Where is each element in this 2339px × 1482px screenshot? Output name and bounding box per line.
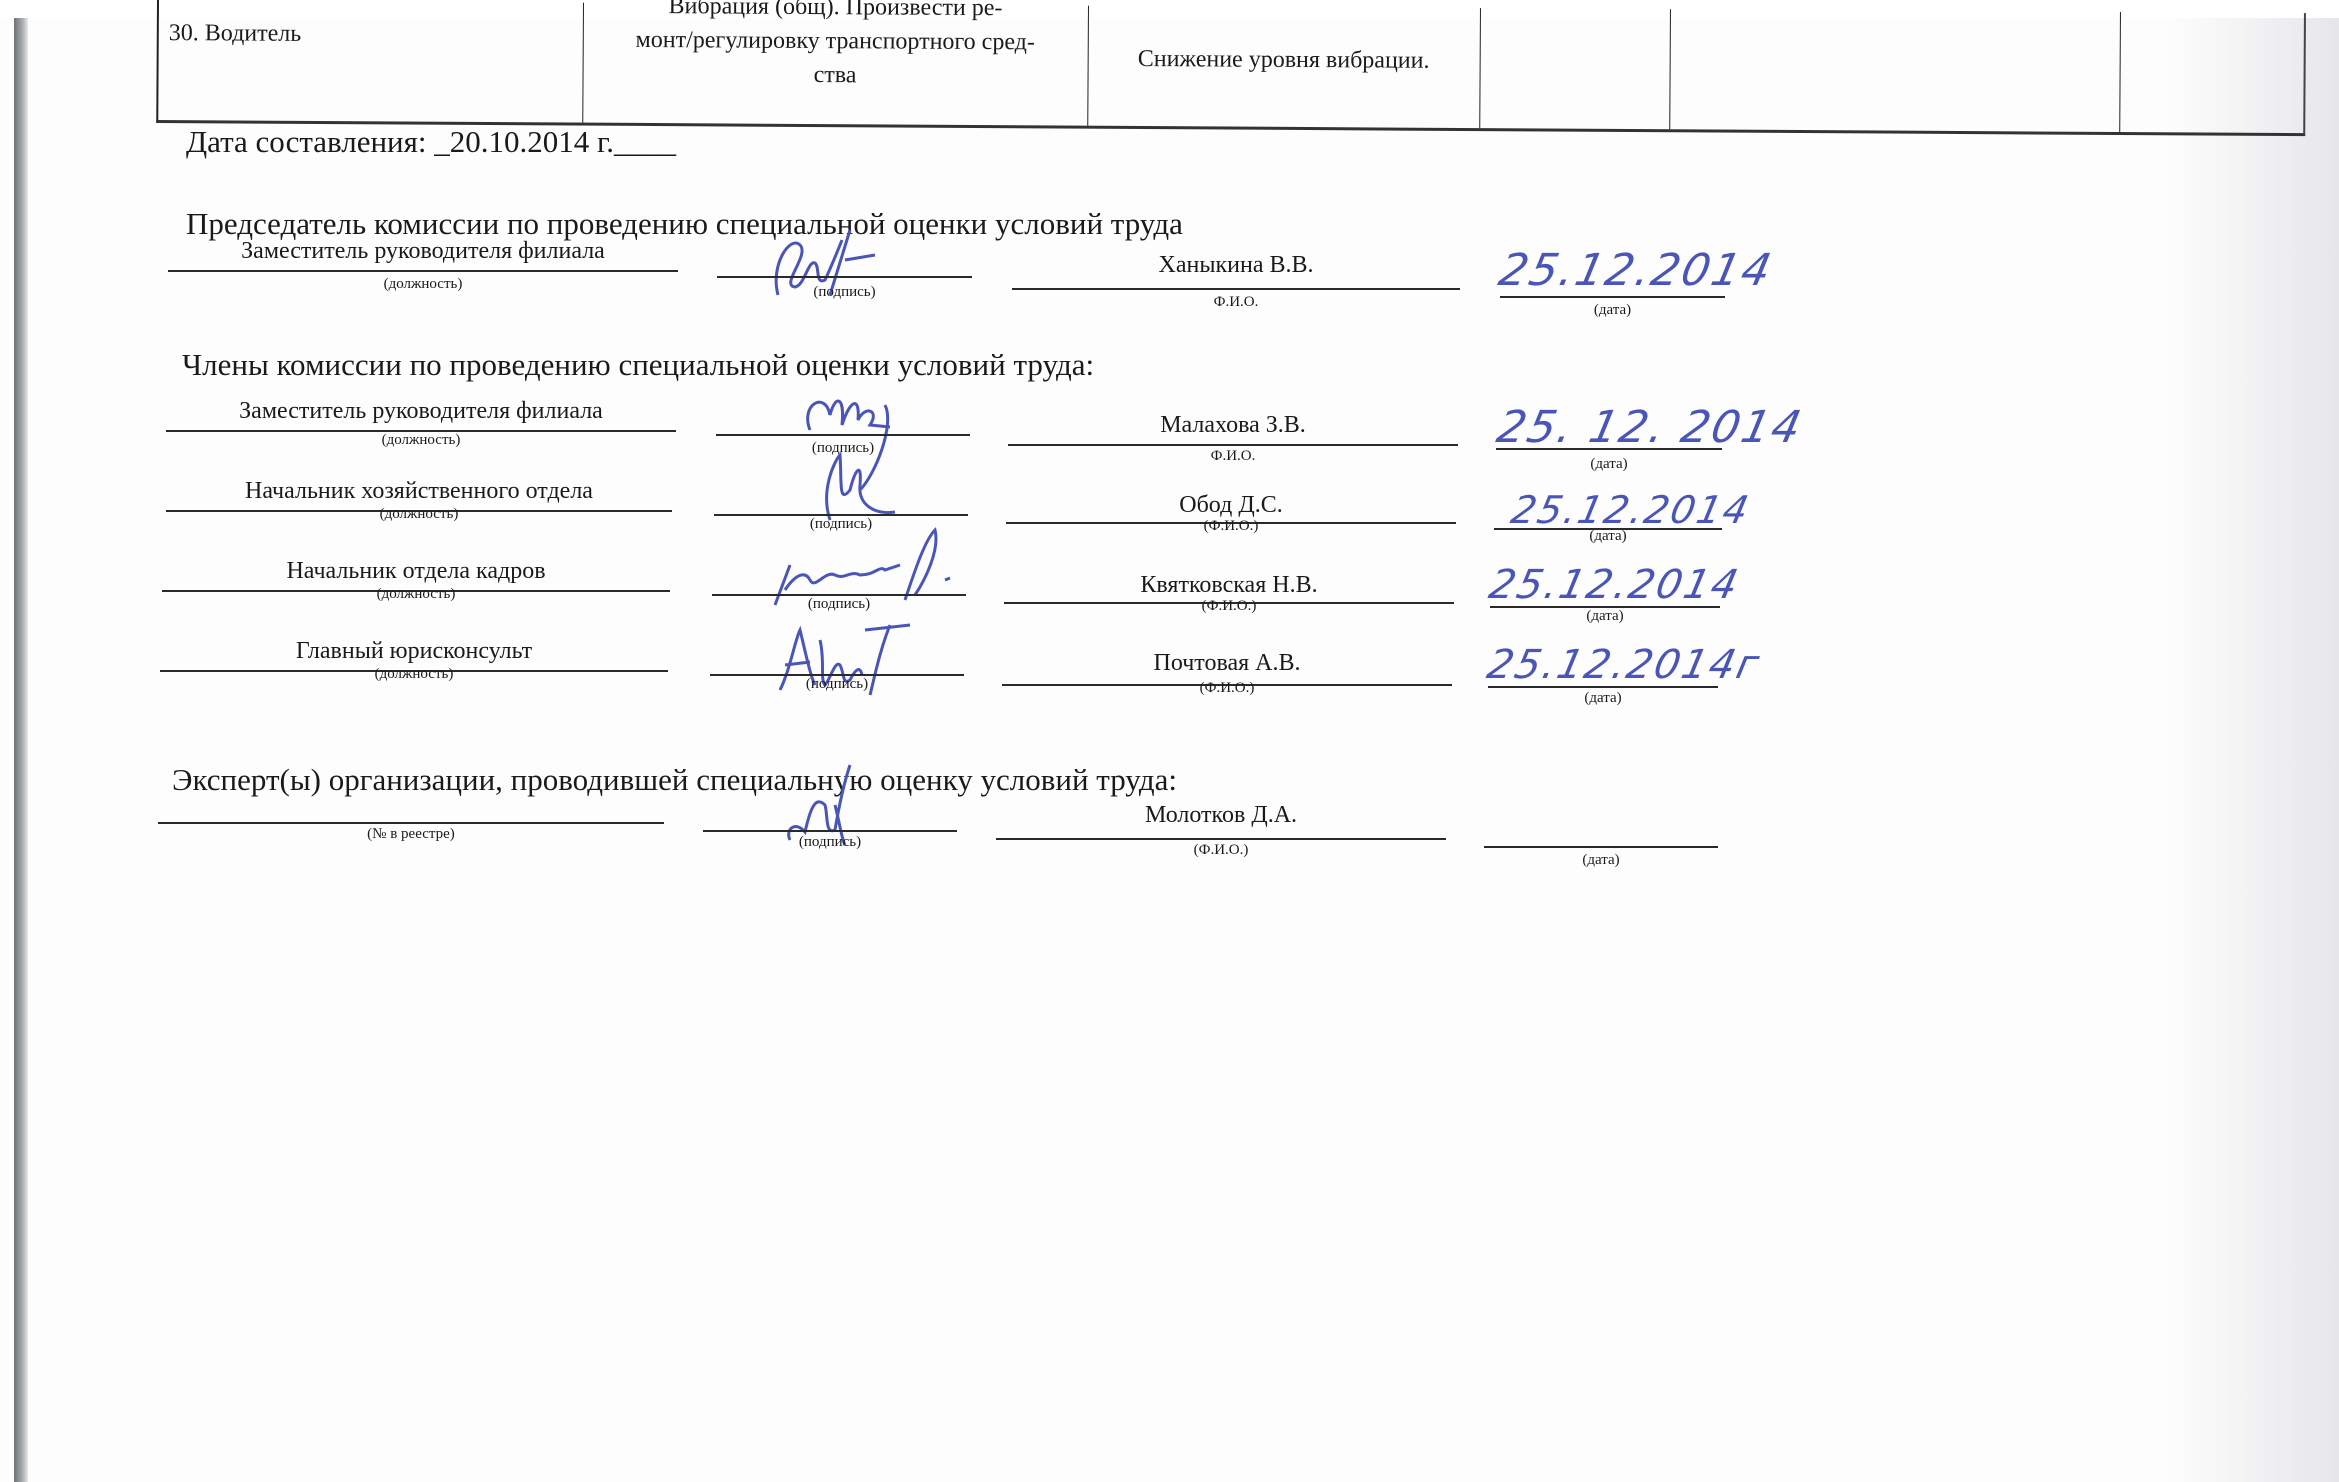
registry-line (158, 822, 664, 824)
position-caption: (должность) (166, 506, 672, 523)
table-cell-factor: Вибрация (общ). Произвести ре- монт/регу… (582, 3, 1089, 126)
scan-right-shading (2169, 18, 2339, 1482)
signature-caption: (подпись) (717, 284, 972, 301)
job-position: 30. Водитель (169, 18, 302, 49)
signature-line (716, 434, 970, 436)
date-line (1488, 686, 1718, 688)
position-caption: (должность) (168, 276, 678, 293)
table-cell-position: 30. Водитель (158, 0, 584, 123)
member-1-position: Заместитель руководителя филиала (166, 398, 676, 425)
signature-caption: (подпись) (710, 676, 964, 693)
member-3-name: Квятковская Н.В. (1004, 572, 1454, 599)
name-caption: (Ф.И.О.) (996, 842, 1446, 859)
name-caption: (Ф.И.О.) (1002, 680, 1452, 697)
goal-text: Снижение уровня вибрации. (1088, 44, 1480, 76)
chairman-name: Ханыкина В.В. (1012, 252, 1460, 279)
member-3-date-handwritten: 25.12.2014 (1485, 562, 1744, 608)
member-3-position: Начальник отдела кадров (162, 558, 670, 585)
position-caption: (должность) (166, 432, 676, 449)
name-caption: (Ф.И.О.) (1004, 598, 1454, 615)
factor-line-1: Вибрация (общ). Произвести ре- (583, 0, 1088, 24)
member-1-date-handwritten: 25. 12. 2014 (1493, 402, 1808, 453)
chairman-heading: Председатель комиссии по проведению спец… (186, 206, 1183, 242)
member-4-position: Главный юрисконсульт (160, 638, 668, 665)
compiled-date: Дата составления: _20.10.2014 г.____ (186, 124, 676, 160)
name-line (1008, 444, 1458, 446)
position-caption: (должность) (162, 586, 670, 603)
registry-caption: (№ в реестре) (158, 826, 664, 843)
chairman-date-handwritten: 25.12.2014 (1495, 245, 1778, 296)
table-cell-empty-2 (1669, 9, 2121, 132)
member-1-name: Малахова З.В. (1008, 412, 1458, 439)
assessment-table: 30. Водитель Вибрация (общ). Произвести … (156, 0, 2306, 136)
factor-line-3: ства (582, 59, 1087, 92)
chairman-signature (760, 225, 880, 315)
table-cell-goal: Снижение уровня вибрации. (1087, 6, 1481, 128)
table-cell-empty-3 (2119, 12, 2302, 133)
date-caption: (дата) (1496, 456, 1722, 473)
date-caption: (дата) (1500, 302, 1725, 319)
date-caption: (дата) (1494, 528, 1722, 545)
signature-caption: (подпись) (712, 596, 966, 613)
member-4-date-handwritten: 25.12.2014г (1483, 642, 1765, 688)
expert-name: Молотков Д.А. (996, 802, 1446, 829)
compiled-date-value: _20.10.2014 г.____ (434, 124, 676, 159)
signature-line (703, 830, 957, 832)
members-heading: Члены комиссии по проведению специальной… (182, 347, 1094, 383)
member-2-position: Начальник хозяйственного отдела (166, 478, 672, 505)
member-2-name: Обод Д.С. (1006, 492, 1456, 519)
scan-edge-shadow (14, 18, 28, 1482)
name-caption: (Ф.И.О.) (1006, 518, 1456, 535)
signature-line (717, 276, 972, 278)
name-line (996, 838, 1446, 840)
chairman-position: Заместитель руководителя филиала (168, 238, 678, 265)
date-caption: (дата) (1484, 852, 1718, 869)
name-caption: Ф.И.О. (1008, 448, 1458, 465)
date-line (1496, 448, 1722, 450)
signature-caption: (подпись) (703, 834, 957, 851)
member-4-name: Почтовая А.В. (1002, 650, 1452, 677)
table-cell-empty-1 (1479, 8, 1671, 129)
position-line (168, 270, 678, 272)
expert-heading: Эксперт(ы) организации, проводившей спец… (172, 762, 1177, 798)
date-line (1484, 846, 1718, 848)
date-line (1500, 296, 1725, 298)
name-line (1012, 288, 1460, 290)
date-caption: (дата) (1490, 608, 1720, 625)
compiled-date-label: Дата составления: (186, 124, 427, 159)
factor-line-2: монт/регулировку транспортного сред- (583, 25, 1088, 58)
date-caption: (дата) (1488, 690, 1718, 707)
name-caption: Ф.И.О. (1012, 294, 1460, 311)
position-caption: (должность) (160, 666, 668, 683)
member-2-date-handwritten: 25.12.2014 (1507, 488, 1754, 532)
